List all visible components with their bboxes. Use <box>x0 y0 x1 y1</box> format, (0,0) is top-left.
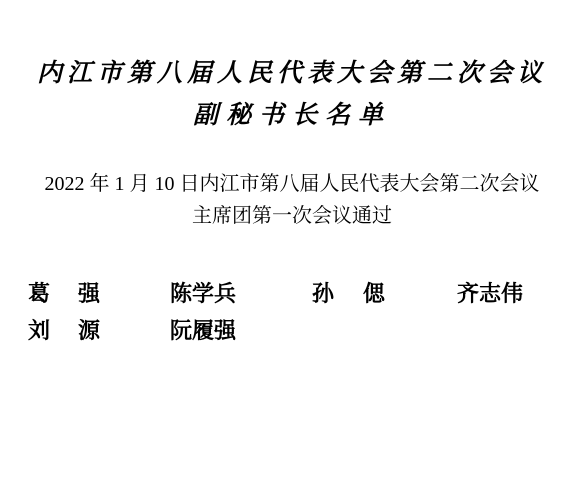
name-sun-cai-surname: 孙 <box>312 281 334 309</box>
name-ge-qiang-surname: 葛 <box>28 281 50 309</box>
document-title: 内江市第八届人民代表大会第二次会议 <box>0 58 584 88</box>
name-liu-yuan-given: 源 <box>78 318 100 346</box>
name-ge-qiang-given: 强 <box>78 281 100 309</box>
name-sun-cai-given: 偲 <box>363 281 385 309</box>
approval-note: 2022 年 1 月 10 日内江市第八届人民代表大会第二次会议 <box>0 171 584 197</box>
name-chen-xuebing: 陈学兵 <box>170 281 236 309</box>
name-liu-yuan-surname: 刘 <box>28 318 50 346</box>
name-qi-zhiwei: 齐志伟 <box>457 281 523 309</box>
document-title-line2: 副秘书长名单 <box>0 100 584 130</box>
name-ruan-lvqiang: 阮履强 <box>170 318 236 346</box>
approval-note-line2: 主席团第一次会议通过 <box>0 203 584 229</box>
